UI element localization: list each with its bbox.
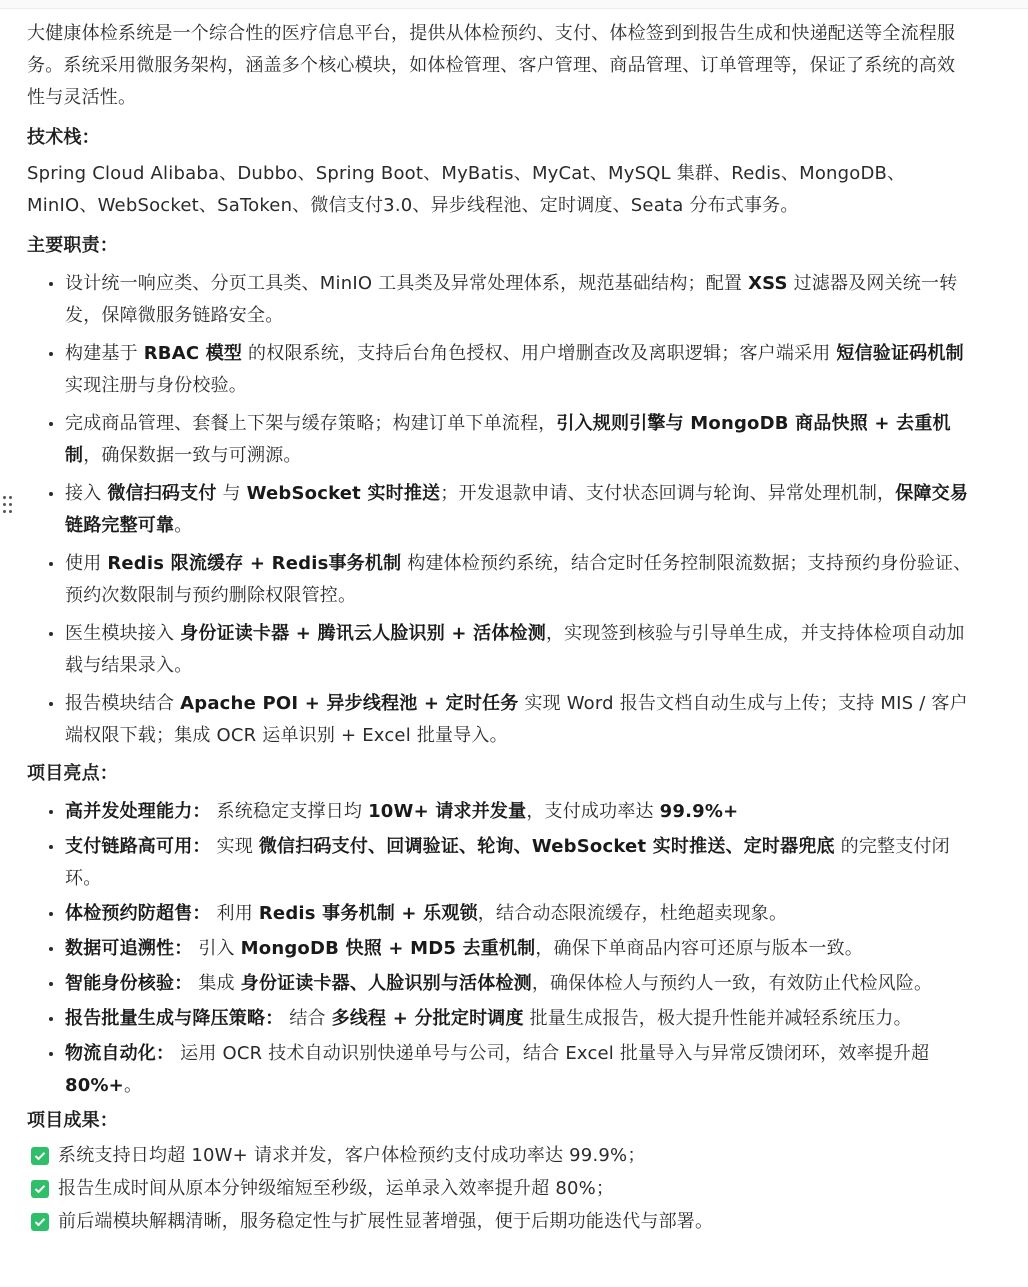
list-item: 使用 Redis 限流缓存 + Redis事务机制 构建体检预约系统，结合定时任…: [27, 548, 972, 612]
emphasis-text: Apache POI + 异步线程池 + 定时任务: [180, 693, 518, 714]
tech-stack-heading: 技术栈：: [27, 122, 972, 154]
emphasis-text: 物流自动化：: [65, 1043, 174, 1064]
emphasis-text: 身份证读卡器、人脸识别与活体检测: [241, 973, 532, 994]
list-item: 体检预约防超售： 利用 Redis 事务机制 + 乐观锁，结合动态限流缓存，杜绝…: [27, 898, 972, 930]
emphasis-text: XSS: [748, 273, 788, 294]
list-item: 报告批量生成与降压策略： 结合 多线程 + 分批定时调度 批量生成报告，极大提升…: [27, 1003, 972, 1035]
highlights-list: 高并发处理能力： 系统稳定支撑日均 10W+ 请求并发量，支付成功率达 99.9…: [27, 796, 972, 1102]
emphasis-text: 数据可追溯性：: [65, 938, 192, 959]
list-item: 智能身份核验： 集成 身份证读卡器、人脸识别与活体检测，确保体检人与预约人一致，…: [27, 968, 972, 1000]
checkbox-checked-icon[interactable]: [31, 1180, 49, 1198]
emphasis-text: MongoDB 快照 + MD5 去重机制: [241, 938, 536, 959]
list-item: 构建基于 RBAC 模型 的权限系统，支持后台角色授权、用户增删查改及离职逻辑；…: [27, 338, 972, 402]
emphasis-text: 引入规则引擎与 MongoDB 商品快照 + 去重机制: [65, 413, 951, 466]
emphasis-text: 支付链路高可用：: [65, 836, 211, 857]
drag-handle-icon[interactable]: [3, 496, 13, 514]
result-item: 系统支持日均超 10W+ 请求并发，客户体检预约支付成功率达 99.9%；: [27, 1139, 972, 1172]
emphasis-text: 80%+: [65, 1075, 124, 1096]
list-item: 接入 微信扫码支付 与 WebSocket 实时推送；开发退款申请、支付状态回调…: [27, 478, 972, 542]
list-item: 物流自动化： 运用 OCR 技术自动识别快递单号与公司，结合 Excel 批量导…: [27, 1038, 972, 1102]
emphasis-text: 短信验证码机制: [836, 343, 963, 364]
emphasis-text: Redis 限流缓存 + Redis事务机制: [107, 553, 401, 574]
emphasis-text: 多线程 + 分批定时调度: [332, 1008, 524, 1029]
results-checklist: 系统支持日均超 10W+ 请求并发，客户体检预约支付成功率达 99.9%； 报告…: [27, 1139, 972, 1238]
list-item: 数据可追溯性： 引入 MongoDB 快照 + MD5 去重机制，确保下单商品内…: [27, 933, 972, 965]
list-item: 报告模块结合 Apache POI + 异步线程池 + 定时任务 实现 Word…: [27, 688, 972, 752]
emphasis-text: 微信扫码支付: [107, 483, 216, 504]
results-heading: 项目成果：: [27, 1105, 972, 1137]
list-item: 高并发处理能力： 系统稳定支撑日均 10W+ 请求并发量，支付成功率达 99.9…: [27, 796, 972, 828]
highlights-heading: 项目亮点：: [27, 758, 972, 790]
result-item: 前后端模块解耦清晰，服务稳定性与扩展性显著增强，便于后期功能迭代与部署。: [27, 1205, 972, 1238]
result-text: 前后端模块解耦清晰，服务稳定性与扩展性显著增强，便于后期功能迭代与部署。: [58, 1206, 713, 1238]
emphasis-text: 报告批量生成与降压策略：: [65, 1008, 283, 1029]
emphasis-text: 高并发处理能力：: [65, 801, 211, 822]
result-item: 报告生成时间从原本分钟级缩短至秒级，运单录入效率提升超 80%；: [27, 1172, 972, 1205]
tech-stack-text: Spring Cloud Alibaba、Dubbo、Spring Boot、M…: [27, 158, 972, 222]
list-item: 医生模块接入 身份证读卡器 + 腾讯云人脸识别 + 活体检测，实现签到核验与引导…: [27, 618, 972, 682]
checkbox-checked-icon[interactable]: [31, 1213, 49, 1231]
emphasis-text: 体检预约防超售：: [65, 903, 211, 924]
emphasis-text: 10W+ 请求并发量: [368, 801, 526, 822]
checkbox-checked-icon[interactable]: [31, 1147, 49, 1165]
emphasis-text: Redis 事务机制 + 乐观锁: [259, 903, 478, 924]
document-body: 项目背景： 大健康体检系统是一个综合性的医疗信息平台，提供从体检预约、支付、体检…: [27, 0, 972, 1238]
emphasis-text: 微信扫码支付、回调验证、轮询、WebSocket 实时推送、定时器兜底: [259, 836, 835, 857]
responsibilities-heading: 主要职责：: [27, 230, 972, 262]
list-item: 支付链路高可用： 实现 微信扫码支付、回调验证、轮询、WebSocket 实时推…: [27, 831, 972, 895]
list-item: 完成商品管理、套餐上下架与缓存策略；构建订单下单流程，引入规则引擎与 Mongo…: [27, 408, 972, 472]
emphasis-text: 99.9%+: [660, 801, 739, 822]
top-toolbar-edge: [0, 0, 1028, 9]
emphasis-text: WebSocket 实时推送: [247, 483, 441, 504]
background-text: 大健康体检系统是一个综合性的医疗信息平台，提供从体检预约、支付、体检签到到报告生…: [27, 18, 972, 114]
responsibilities-list: 设计统一响应类、分页工具类、MinIO 工具类及异常处理体系，规范基础结构；配置…: [27, 268, 972, 752]
list-item: 设计统一响应类、分页工具类、MinIO 工具类及异常处理体系，规范基础结构；配置…: [27, 268, 972, 332]
result-text: 报告生成时间从原本分钟级缩短至秒级，运单录入效率提升超 80%；: [58, 1173, 614, 1205]
emphasis-text: 身份证读卡器 + 腾讯云人脸识别 + 活体检测: [180, 623, 546, 644]
emphasis-text: RBAC 模型: [144, 343, 242, 364]
emphasis-text: 智能身份核验：: [65, 973, 192, 994]
result-text: 系统支持日均超 10W+ 请求并发，客户体检预约支付成功率达 99.9%；: [58, 1140, 646, 1172]
